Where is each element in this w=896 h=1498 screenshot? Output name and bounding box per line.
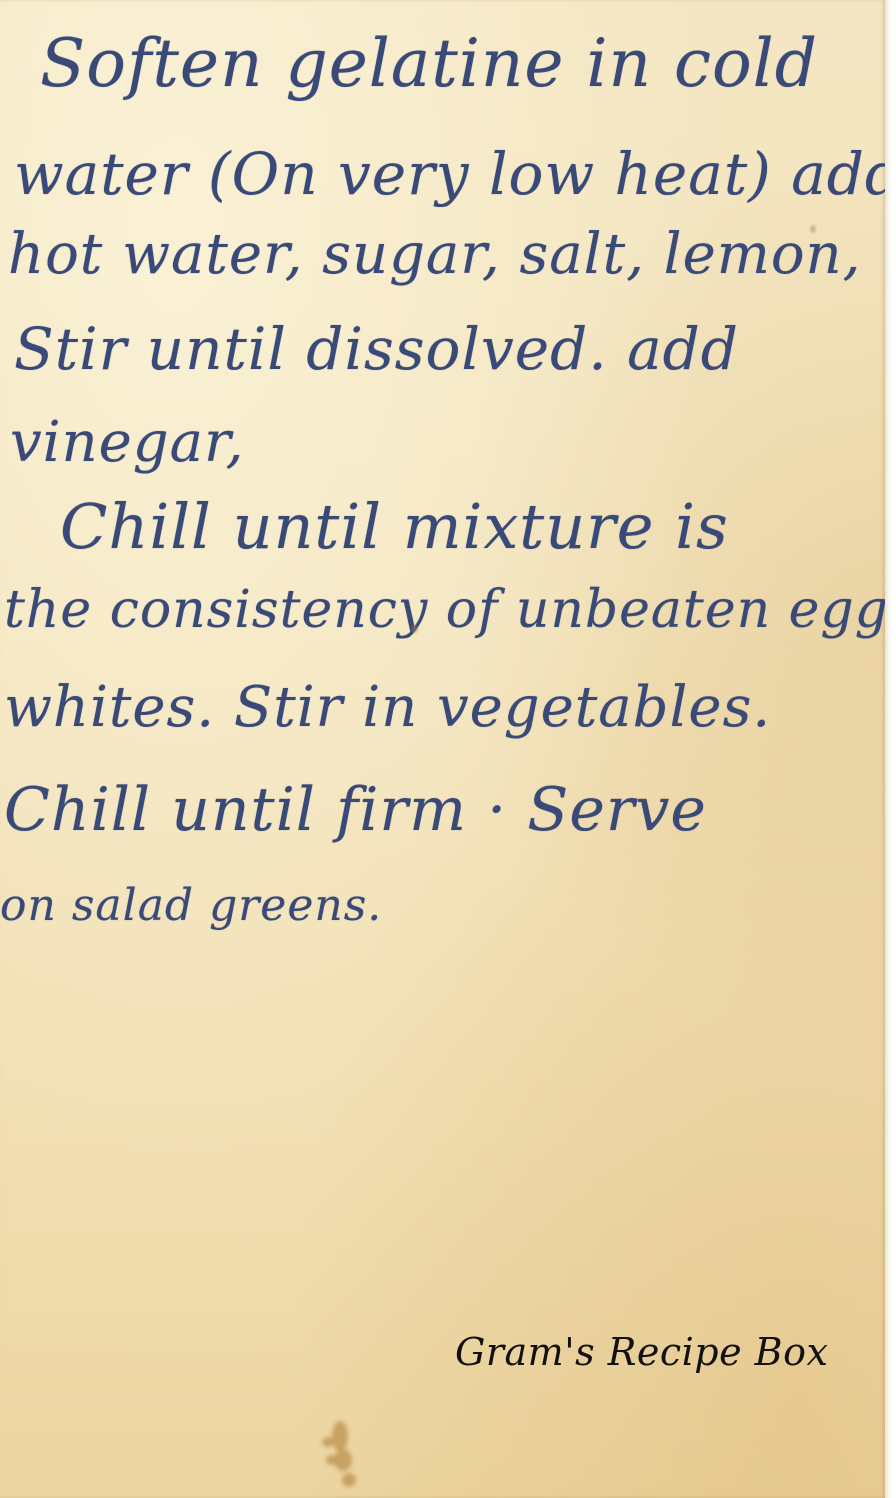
instruction-line: Chill until mixture is xyxy=(60,490,729,563)
scan-border xyxy=(885,0,896,1498)
instruction-line: Stir until dissolved. add xyxy=(14,315,739,383)
instruction-line: vinegar, xyxy=(10,410,244,475)
paper-speck xyxy=(412,625,418,633)
instruction-line: hot water, sugar, salt, lemon, xyxy=(8,222,861,287)
instruction-line: on salad greens. xyxy=(0,880,382,931)
instruction-line: water (On very low heat) add xyxy=(14,140,896,208)
handwritten-instructions: Soften gelatine in cold water (On very l… xyxy=(0,0,885,1000)
instruction-line: the consistency of unbeaten egg xyxy=(4,580,889,640)
paper-speck xyxy=(810,225,816,233)
paper-stain xyxy=(320,1415,370,1495)
recipe-box-watermark: Gram's Recipe Box xyxy=(455,1330,828,1374)
recipe-card: Soften gelatine in cold water (On very l… xyxy=(0,0,885,1498)
instruction-line: whites. Stir in vegetables. xyxy=(4,675,771,740)
instruction-line: Chill until firm · Serve xyxy=(4,775,707,845)
instruction-line: Soften gelatine in cold xyxy=(40,25,818,102)
